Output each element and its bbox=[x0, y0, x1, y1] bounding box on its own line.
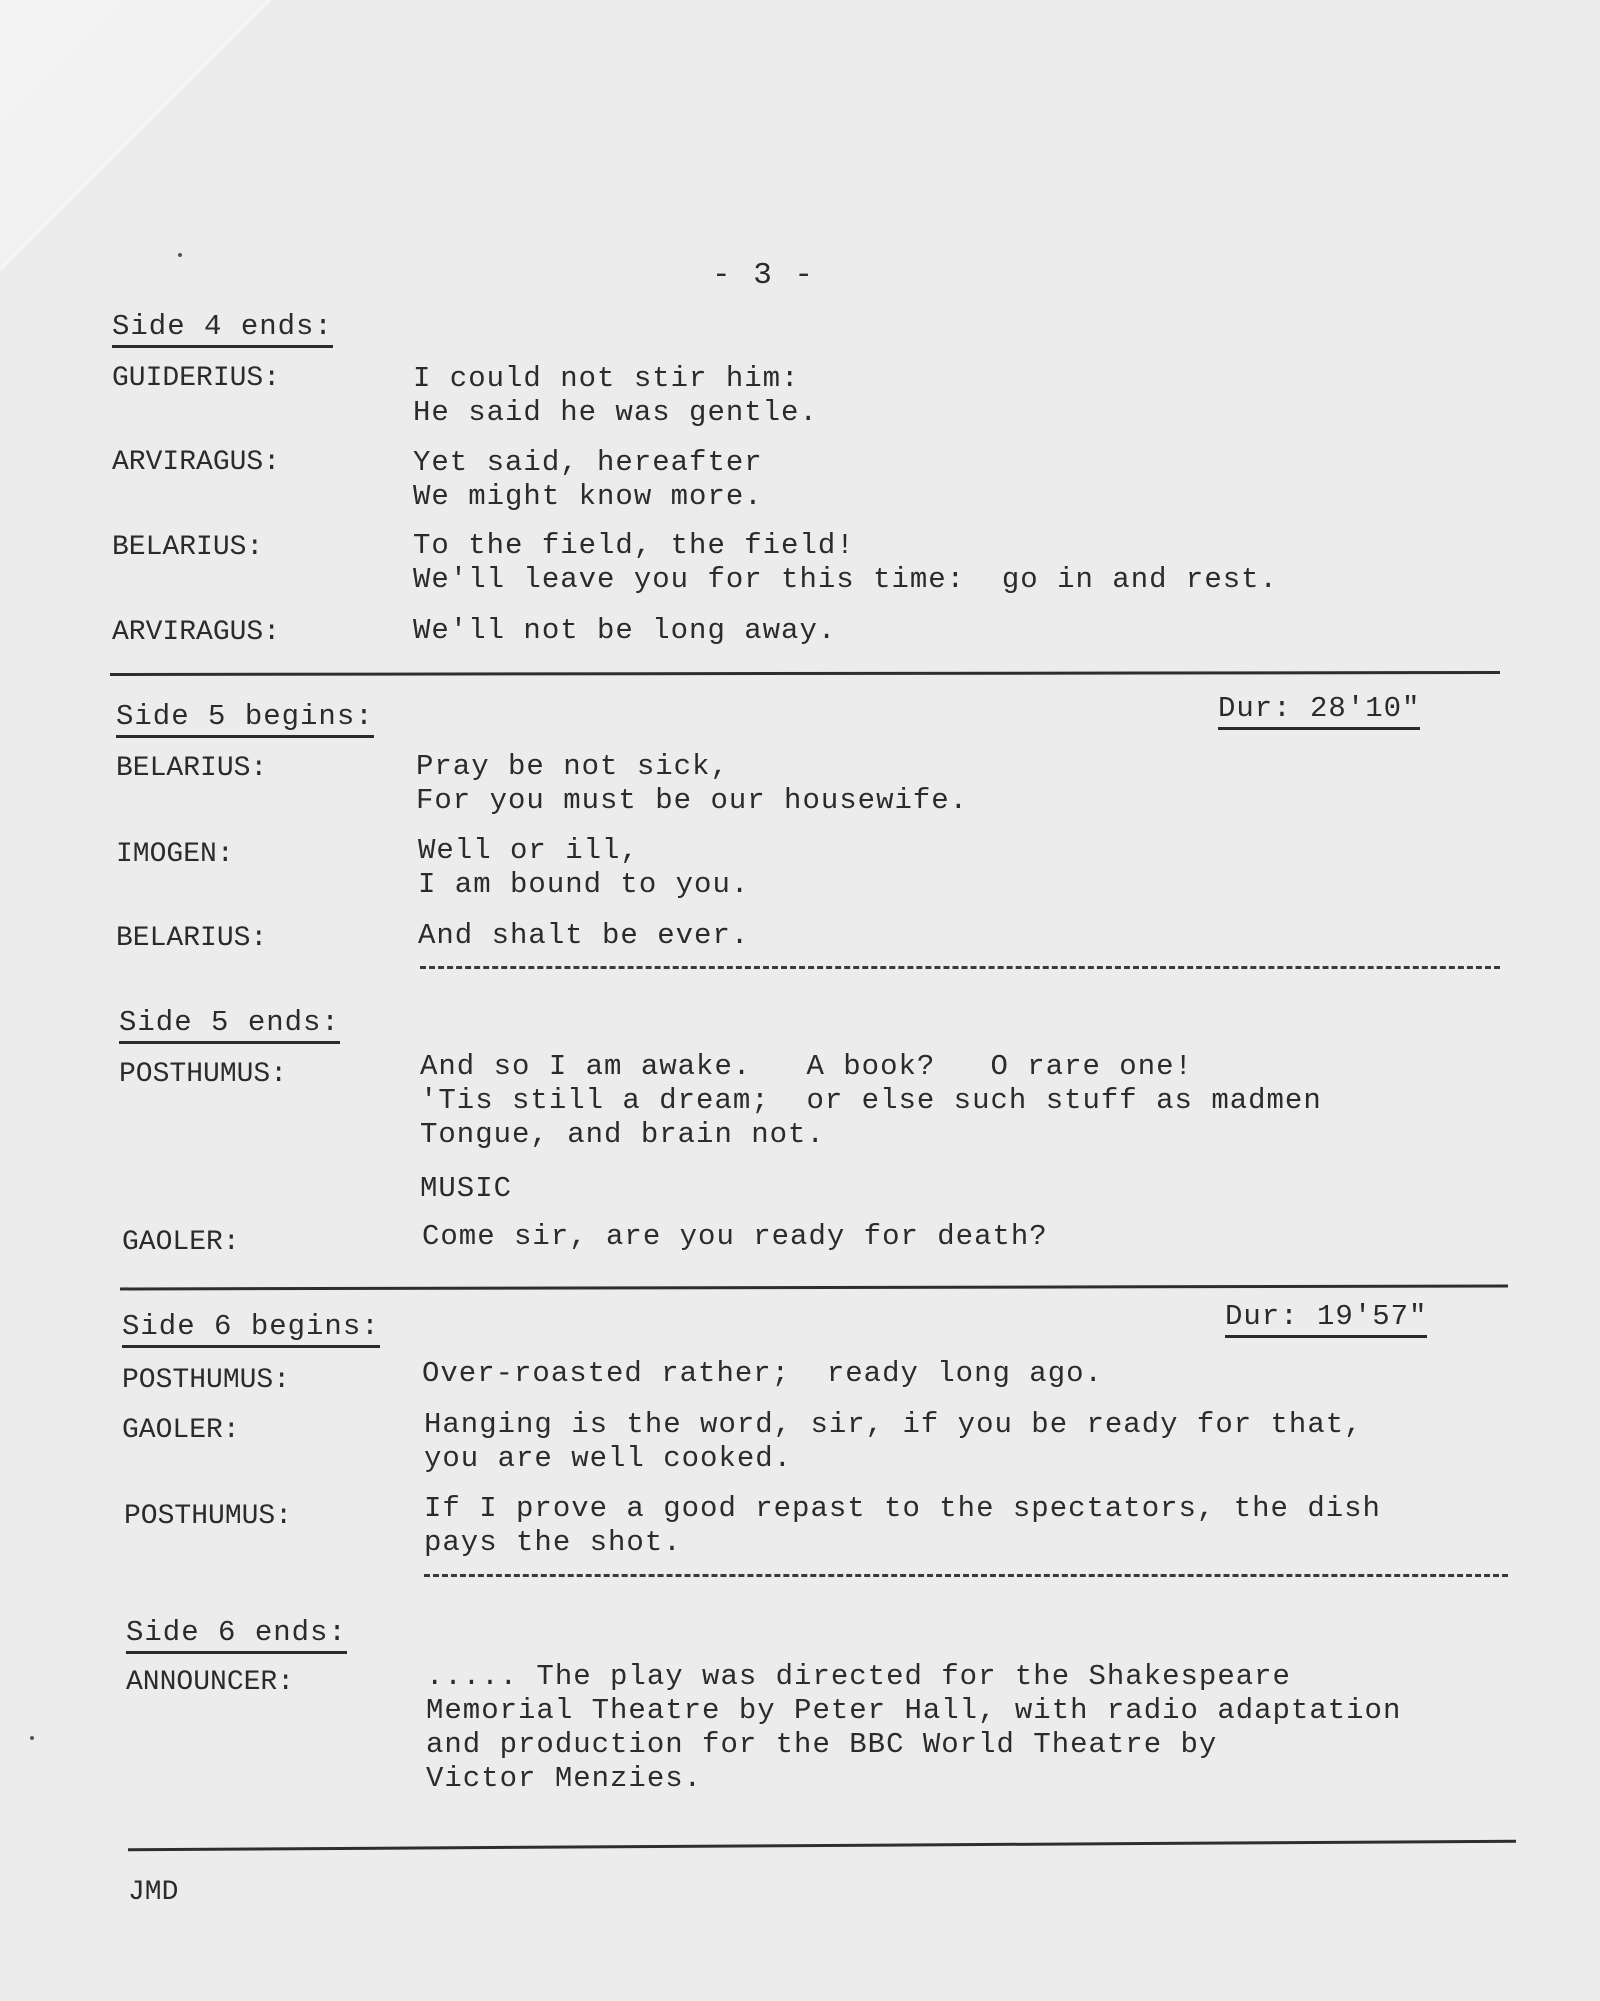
section-heading-side-5-ends: Side 5 ends: bbox=[119, 1006, 340, 1044]
section-divider bbox=[120, 1285, 1508, 1291]
duration-label: Dur: 19'57" bbox=[1225, 1300, 1427, 1338]
speech-text: If I prove a good repast to the spectato… bbox=[424, 1492, 1381, 1560]
speech-text: And so I am awake. A book? O rare one! '… bbox=[420, 1050, 1322, 1152]
speaker-label: ARVIRAGUS: bbox=[112, 616, 280, 650]
paper-speck bbox=[178, 253, 182, 257]
stage-direction: MUSIC bbox=[420, 1172, 512, 1206]
speaker-label: POSTHUMUS: bbox=[119, 1058, 287, 1092]
speaker-label: GAOLER: bbox=[122, 1226, 240, 1260]
section-heading-side-6-ends: Side 6 ends: bbox=[126, 1616, 347, 1654]
section-divider bbox=[128, 1840, 1516, 1851]
speaker-label: POSTHUMUS: bbox=[124, 1500, 292, 1534]
speech-text: I could not stir him: He said he was gen… bbox=[413, 362, 818, 430]
speaker-label: IMOGEN: bbox=[116, 838, 234, 872]
speaker-label: GUIDERIUS: bbox=[112, 362, 280, 396]
dashed-divider bbox=[424, 1574, 1508, 1577]
duration-label: Dur: 28'10" bbox=[1218, 692, 1420, 730]
speaker-label: ARVIRAGUS: bbox=[112, 446, 280, 480]
speech-text: To the field, the field! We'll leave you… bbox=[413, 529, 1278, 597]
speaker-label: ANNOUNCER: bbox=[126, 1666, 294, 1700]
speech-text: Yet said, hereafter We might know more. bbox=[413, 446, 763, 514]
paper-speck bbox=[30, 1736, 34, 1740]
speech-text: Come sir, are you ready for death? bbox=[422, 1220, 1048, 1254]
section-heading-side-6-begins: Side 6 begins: bbox=[122, 1310, 380, 1348]
speaker-label: BELARIUS: bbox=[116, 922, 267, 956]
dashed-divider bbox=[420, 966, 1500, 969]
speaker-label: BELARIUS: bbox=[112, 531, 263, 565]
section-heading-side-4-ends: Side 4 ends: bbox=[112, 310, 333, 348]
speech-text: We'll not be long away. bbox=[413, 614, 836, 648]
speech-text: ..... The play was directed for the Shak… bbox=[426, 1660, 1401, 1796]
speaker-label: POSTHUMUS: bbox=[122, 1364, 290, 1398]
speech-text: Over-roasted rather; ready long ago. bbox=[422, 1357, 1103, 1391]
speech-text: Hanging is the word, sir, if you be read… bbox=[424, 1408, 1363, 1476]
section-heading-side-5-begins: Side 5 begins: bbox=[116, 700, 374, 738]
speech-text: Pray be not sick, For you must be our ho… bbox=[416, 750, 968, 818]
typist-initials: JMD bbox=[128, 1876, 178, 1910]
folded-corner bbox=[0, 0, 270, 270]
page-number: - 3 - bbox=[712, 258, 815, 293]
section-divider bbox=[110, 671, 1500, 676]
speaker-label: BELARIUS: bbox=[116, 752, 267, 786]
speech-text: Well or ill, I am bound to you. bbox=[418, 834, 749, 902]
speaker-label: GAOLER: bbox=[122, 1414, 240, 1448]
speech-text: And shalt be ever. bbox=[418, 919, 749, 953]
